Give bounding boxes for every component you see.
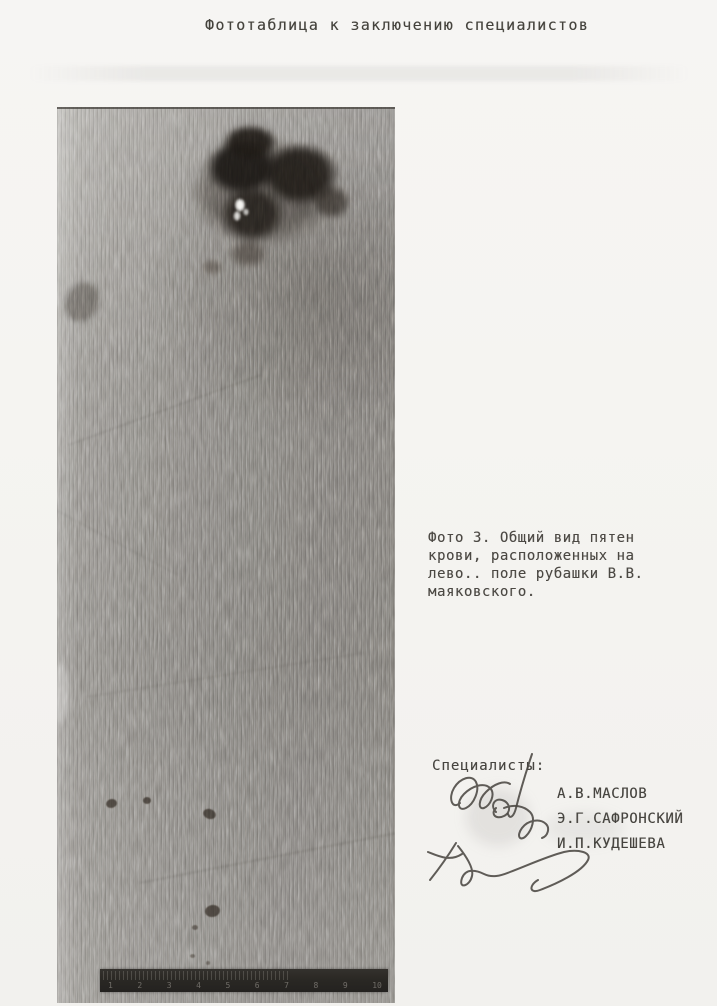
caption-line: маяковского. — [428, 583, 644, 601]
photo-caption: Фото 3. Общий вид пятен крови, расположе… — [428, 529, 644, 601]
ruler-number: 8 — [314, 981, 319, 990]
ruler-number: 2 — [137, 981, 142, 990]
ruler-numbers: 1 2 3 4 5 6 7 8 9 10 — [108, 980, 382, 991]
fabric-texture-noise — [57, 109, 395, 1003]
photograph-shirt-bloodstains: 1 2 3 4 5 6 7 8 9 10 — [57, 107, 395, 1003]
signature-kudesheva — [428, 843, 589, 891]
ruler-tick-marks — [103, 971, 291, 980]
scan-artifact-band — [28, 66, 690, 81]
page-title: Фототаблица к заключению специалистов — [205, 16, 589, 34]
ruler-number: 1 — [108, 981, 113, 990]
ruler-number: 4 — [196, 981, 201, 990]
ruler-number: 9 — [343, 981, 348, 990]
ruler-number: 6 — [255, 981, 260, 990]
signatures-image — [420, 748, 625, 913]
ruler-number: 5 — [225, 981, 230, 990]
caption-line: Фото 3. Общий вид пятен — [428, 529, 644, 547]
scanned-document-page: { "header": { "title": "Фототаблица к за… — [0, 0, 717, 1006]
ruler-number: 10 — [372, 981, 382, 990]
signature-safronsky — [493, 800, 548, 839]
measuring-ruler: 1 2 3 4 5 6 7 8 9 10 — [100, 969, 388, 992]
ruler-number: 3 — [167, 981, 172, 990]
caption-line: лево.. поле рубашки В.В. — [428, 565, 644, 583]
caption-line: крови, расположенных на — [428, 547, 644, 565]
ruler-number: 7 — [284, 981, 289, 990]
